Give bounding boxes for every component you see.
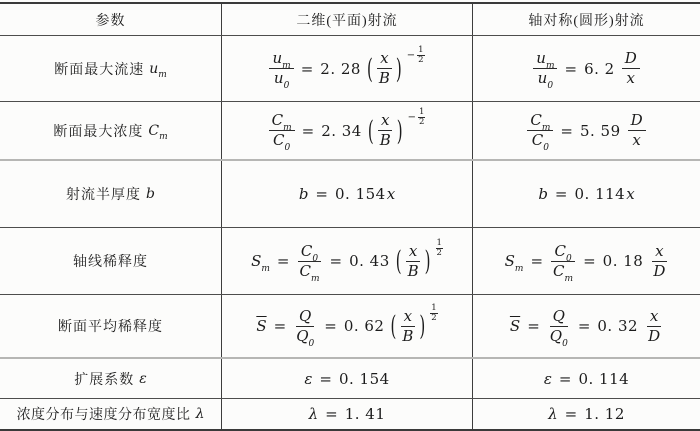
header-planar-label: 二维(平面)射流 [296,10,397,30]
value: 1. 41 [345,405,386,423]
var-epsilon: ε [544,370,552,388]
cell-average-dilution-axisym: S = Q Q0 = 0. 32 x D [473,295,700,357]
cell-average-dilution-planar: S = Q Q0 = 0. 62 ( x B ) 1 2 [222,295,473,357]
param-cell-average-dilution: 断面平均稀释度 [0,295,222,357]
equals-sign: = [302,122,315,140]
var-x: x [650,307,658,325]
equals-sign: = [560,122,573,140]
table-row-expansion-coefficient: 扩展系数ε ε = 0. 154 ε = 0. 114 [0,359,700,399]
fraction-x-D: x D [645,308,663,345]
formula-width-ratio-planar: λ = 1. 41 [309,405,386,423]
left-paren: ( [390,310,396,342]
var-x: x [409,242,417,260]
param-symbol: λ [196,406,205,422]
col-header-param: 参数 [0,4,222,35]
fraction-um-u0: um u0 [533,50,557,87]
value: 0. 154 [335,185,386,203]
fraction-x-B: x B [376,50,393,87]
fraction-Q-Q0: Q Q0 [293,308,317,345]
table-row-width-ratio: 浓度分布与速度分布宽度比λ λ = 1. 41 λ = 1. 12 [0,399,700,429]
formula-cmax-planar: Cm C0 = 2. 34 ( x B ) − 1 2 [269,112,426,149]
fraction-C0-Cm: C0 Cm [296,243,322,280]
exp-numerator: 1 [430,304,437,314]
cell-width-ratio-planar: λ = 1. 41 [222,399,473,429]
var-x: x [381,111,389,129]
var-lambda: λ [309,405,319,423]
formula-halfwidth-planar: b = 0. 154 x [299,185,395,203]
formula-umax-planar: um u0 = 2. 28 ( x B ) − 1 2 [269,50,424,87]
var-Sm: Sm [251,252,270,270]
equals-sign: = [325,405,338,423]
var-S-bar: S [256,317,266,335]
cell-halfwidth-axisym: b = 0. 114 x [473,161,700,227]
var-x: x [632,131,640,149]
var-den: C0 [273,131,290,149]
var-B: B [408,262,419,280]
var-b: b [538,185,548,203]
formula-umax-axisym: um u0 = 6. 2 D x [533,50,639,87]
cell-cmax-axisym: Cm C0 = 5. 59 D x [473,102,700,159]
coefficient: 6. 2 [584,60,615,78]
param-symbol: um [149,61,167,77]
equals-sign: = [565,405,578,423]
fraction-x-D: x D [650,243,668,280]
table-row-half-thickness: 射流半厚度b b = 0. 154 x b = 0. 114 x [0,161,700,228]
equals-sign: = [564,60,577,78]
formula-halfwidth-axisym: b = 0. 114 x [538,185,634,203]
header-axisym-label: 轴对称(圆形)射流 [528,10,644,30]
equals-sign: = [274,317,287,335]
param-label: 扩展系数 [74,369,134,389]
right-paren: ) [419,310,425,342]
jet-parameters-table: 参数 二维(平面)射流 轴对称(圆形)射流 断面最大流速um um u0 = 2… [0,2,700,431]
var-Q: Q [299,307,311,325]
var-D: D [631,111,643,129]
fraction-Cm-C0: Cm C0 [269,112,295,149]
coefficient: 0. 18 [603,252,644,270]
col-header-axisymmetric-jet: 轴对称(圆形)射流 [473,4,700,35]
table-row-axial-dilution: 轴线稀释度 Sm = C0 Cm = 0. 43 ( x B ) [0,228,700,295]
value: 0. 114 [575,185,626,203]
formula-average-dilution-axisym: S = Q Q0 = 0. 32 x D [510,308,663,345]
var-Q0: Q0 [296,327,314,345]
var-D: D [625,49,637,67]
minus-sign: − [408,112,416,123]
equals-sign: = [583,252,596,270]
var-num: um [536,49,554,67]
equals-sign: = [315,185,328,203]
equals-sign: = [555,185,568,203]
formula-expansion-axisym: ε = 0. 114 [544,370,629,388]
var-x: x [387,185,395,203]
var-num: Cm [530,111,550,129]
param-label: 轴线稀释度 [73,251,148,271]
fraction-x-B: x B [405,243,422,280]
cell-umax-planar: um u0 = 2. 28 ( x B ) − 1 2 [222,36,473,101]
var-den: Cm [553,262,573,280]
left-paren: ( [368,114,374,146]
right-paren: ) [397,114,403,146]
var-D: D [653,262,665,280]
cell-umax-axisym: um u0 = 6. 2 D x [473,36,700,101]
exponent: 1 2 [436,239,443,258]
var-den: Cm [299,262,319,280]
exp-numerator: 1 [436,239,443,249]
var-x: x [380,49,388,67]
var-num: um [272,49,290,67]
exp-denominator: 2 [436,249,443,258]
fraction-x-B: x B [399,308,416,345]
coefficient: 2. 34 [321,122,362,140]
exponent-fraction: 1 2 [417,46,424,65]
equals-sign: = [324,317,337,335]
param-cell-axial-dilution: 轴线稀释度 [0,228,222,294]
table-row-max-concentration: 断面最大浓度Cm Cm C0 = 2. 34 ( x B ) − [0,102,700,161]
coefficient: 0. 43 [349,252,390,270]
param-label: 浓度分布与速度分布宽度比 [17,404,191,424]
var-num: C0 [301,242,318,260]
param-symbol: b [146,186,155,202]
cell-axial-dilution-axisym: Sm = C0 Cm = 0. 18 x D [473,228,700,294]
header-param-label: 参数 [96,10,126,30]
equals-sign: = [319,370,332,388]
fraction-D-x: D x [628,112,646,149]
formula-cmax-axisym: Cm C0 = 5. 59 D x [527,112,645,149]
var-B: B [380,131,391,149]
exp-denominator: 2 [417,56,424,65]
param-label: 断面最大流速 [54,59,144,79]
fraction-C0-Cm: C0 Cm [550,243,576,280]
value: 0. 114 [578,370,629,388]
fraction-x-B: x B [377,112,394,149]
var-B: B [402,327,413,345]
param-label: 断面最大浓度 [53,121,143,141]
formula-axial-dilution-axisym: Sm = C0 Cm = 0. 18 x D [505,243,669,280]
param-label: 断面平均稀释度 [58,316,163,336]
cell-cmax-planar: Cm C0 = 2. 34 ( x B ) − 1 2 [222,102,473,159]
coefficient: 0. 32 [597,317,638,335]
right-paren: ) [425,245,431,277]
cell-width-ratio-axisym: λ = 1. 12 [473,399,700,429]
exponent: 1 2 [430,304,437,323]
exponent-fraction: 1 2 [436,239,443,258]
equals-sign: = [559,370,572,388]
var-Q: Q [553,307,565,325]
equals-sign: = [301,60,314,78]
coefficient: 2. 28 [320,60,361,78]
cell-axial-dilution-planar: Sm = C0 Cm = 0. 43 ( x B ) 1 2 [222,228,473,294]
left-paren: ( [367,52,373,84]
fraction-D-x: D x [622,50,640,87]
equals-sign: = [277,252,290,270]
cell-expansion-axisym: ε = 0. 114 [473,359,700,398]
param-label: 射流半厚度 [66,184,141,204]
col-header-planar-jet: 二维(平面)射流 [222,4,473,35]
equals-sign: = [330,252,343,270]
var-x: x [404,307,412,325]
table-row-max-velocity: 断面最大流速um um u0 = 2. 28 ( x B ) − [0,36,700,102]
formula-width-ratio-axisym: λ = 1. 12 [548,405,625,423]
var-lambda: λ [548,405,558,423]
exponent: − 1 2 [408,108,426,127]
coefficient: 0. 62 [344,317,385,335]
var-x: x [655,242,663,260]
param-symbol: ε [139,371,147,387]
equals-sign: = [578,317,591,335]
table-row-average-dilution: 断面平均稀释度 S = Q Q0 = 0. 62 ( x B ) [0,295,700,359]
var-num: C0 [554,242,571,260]
param-cell-max-velocity: 断面最大流速um [0,36,222,101]
cell-expansion-planar: ε = 0. 154 [222,359,473,398]
formula-axial-dilution-planar: Sm = C0 Cm = 0. 43 ( x B ) 1 2 [251,243,443,280]
var-den: C0 [532,131,549,149]
header-row: 参数 二维(平面)射流 轴对称(圆形)射流 [0,4,700,36]
var-D: D [648,327,660,345]
equals-sign: = [530,252,543,270]
minus-sign: − [407,50,415,61]
param-cell-expansion-coefficient: 扩展系数ε [0,359,222,398]
param-symbol: Cm [148,123,167,139]
param-cell-half-thickness: 射流半厚度b [0,161,222,227]
formula-expansion-planar: ε = 0. 154 [304,370,389,388]
var-epsilon: ε [304,370,312,388]
fraction-Cm-C0: Cm C0 [527,112,553,149]
fraction-Q-Q0: Q Q0 [547,308,571,345]
param-cell-width-ratio: 浓度分布与速度分布宽度比λ [0,399,222,429]
exp-denominator: 2 [430,314,437,323]
fraction-um-u0: um u0 [269,50,293,87]
exponent-fraction: 1 2 [430,304,437,323]
value: 0. 154 [339,370,390,388]
var-x: x [626,69,634,87]
var-den: u0 [538,69,553,87]
var-x: x [626,185,634,203]
right-paren: ) [396,52,402,84]
exp-denominator: 2 [418,118,425,127]
left-paren: ( [396,245,402,277]
var-B: B [379,69,390,87]
coefficient: 5. 59 [580,122,621,140]
var-b: b [299,185,309,203]
var-Sm: Sm [505,252,524,270]
cell-halfwidth-planar: b = 0. 154 x [222,161,473,227]
value: 1. 12 [584,405,625,423]
formula-average-dilution-planar: S = Q Q0 = 0. 62 ( x B ) 1 2 [256,308,437,345]
var-num: Cm [272,111,292,129]
var-Q0: Q0 [550,327,568,345]
var-S-bar: S [510,317,520,335]
exponent: − 1 2 [407,46,425,65]
var-den: u0 [274,69,289,87]
exponent-fraction: 1 2 [418,108,425,127]
equals-sign: = [527,317,540,335]
param-cell-max-concentration: 断面最大浓度Cm [0,102,222,159]
